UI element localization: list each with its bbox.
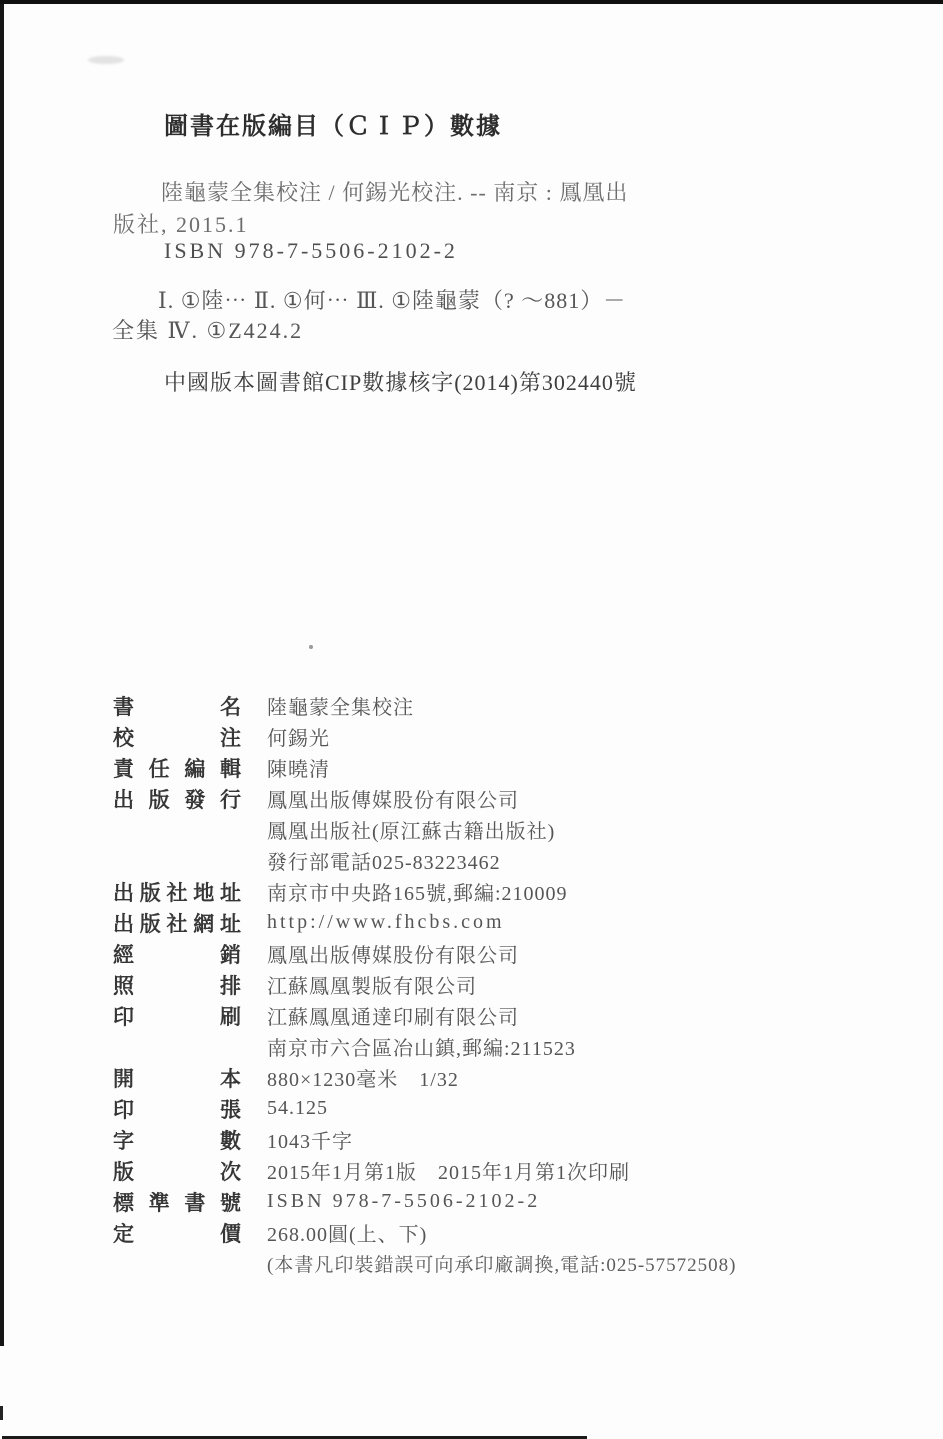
scan-edge-top <box>0 0 943 4</box>
colophon-row-typesetter: 照排 江蘇鳳凰製版有限公司 <box>0 969 943 1000</box>
colophon-value: 268.00圓(上、下) <box>267 1218 427 1247</box>
colophon-value: 南京市六合區冶山鎮,郵編:211523 <box>267 1032 576 1061</box>
colophon-row-editor: 責任編輯 陳曉清 <box>0 752 943 783</box>
cip-entry-line-1: 陸龜蒙全集校注 / 何錫光校注. -- 南京 : 鳳凰出 <box>161 176 628 207</box>
colophon-row-book-title: 書名 陸龜蒙全集校注 <box>0 690 943 721</box>
colophon-label: 書名 <box>113 691 241 721</box>
colophon-value: 1043千字 <box>267 1125 353 1154</box>
colophon-table: 書名 陸龜蒙全集校注 校注 何錫光 責任編輯 陳曉清 出版發行 鳳凰出版傳媒股份… <box>0 690 943 1279</box>
colophon-value: 880×1230毫米 1/32 <box>267 1063 459 1092</box>
colophon-row-isbn: 標準書號 ISBN 978-7-5506-2102-2 <box>0 1186 943 1217</box>
colophon-value: 54.125 <box>267 1097 328 1120</box>
colophon-label: 版次 <box>113 1156 241 1186</box>
colophon-label: 印張 <box>113 1094 241 1124</box>
colophon-value: 何錫光 <box>267 722 330 751</box>
scan-speck <box>309 645 313 649</box>
cip-classification-line-2: 全集 Ⅳ. ①Z424.2 <box>112 314 303 345</box>
colophon-value: http://www.fhcbs.com <box>267 911 505 934</box>
colophon-label: 出版社地址 <box>113 877 241 907</box>
colophon-label: 標準書號 <box>113 1187 241 1217</box>
colophon-row-publisher-address: 出版社地址 南京市中央路165號,郵編:210009 <box>0 876 943 907</box>
colophon-row-word-count: 字數 1043千字 <box>0 1124 943 1155</box>
colophon-value: 鳳凰出版社(原江蘇古籍出版社) <box>267 815 555 844</box>
colophon-label: 定價 <box>113 1218 241 1248</box>
colophon-row-publisher-cont: 鳳凰出版社(原江蘇古籍出版社) <box>0 814 943 845</box>
colophon-value: 發行部電話025-83223462 <box>267 846 501 875</box>
colophon-value: ISBN 978-7-5506-2102-2 <box>267 1190 540 1213</box>
colophon-row-printer-address: 南京市六合區冶山鎮,郵編:211523 <box>0 1031 943 1062</box>
colophon-row-distribution-phone: 發行部電話025-83223462 <box>0 845 943 876</box>
scan-smudge <box>88 56 124 64</box>
colophon-label: 照排 <box>113 970 241 1000</box>
colophon-row-annotator: 校注 何錫光 <box>0 721 943 752</box>
colophon-value: 鳳凰出版傳媒股份有限公司 <box>267 939 519 968</box>
colophon-row-edition: 版次 2015年1月第1版 2015年1月第1次印刷 <box>0 1155 943 1186</box>
colophon-row-misprint-note: (本書凡印裝錯誤可向承印廠調換,電話:025-57572508) <box>0 1248 943 1279</box>
colophon-row-printed-sheets: 印張 54.125 <box>0 1093 943 1124</box>
scan-edge-left-bottom <box>0 1406 3 1420</box>
colophon-value: 陳曉清 <box>267 753 330 782</box>
cip-classification-line-1: Ⅰ. ①陸⋯ Ⅱ. ①何⋯ Ⅲ. ①陸龜蒙（? ～881）－ <box>158 284 626 315</box>
colophon-label: 校注 <box>113 722 241 752</box>
cip-isbn-line: ISBN 978-7-5506-2102-2 <box>164 238 458 264</box>
colophon-value: (本書凡印裝錯誤可向承印廠調換,電話:025-57572508) <box>267 1250 737 1277</box>
colophon-label: 字數 <box>113 1125 241 1155</box>
cip-entry-line-2: 版社, 2015.1 <box>113 208 249 239</box>
colophon-value: 南京市中央路165號,郵編:210009 <box>267 877 568 906</box>
colophon-label: 出版社網址 <box>113 908 241 938</box>
colophon-row-distributor: 經銷 鳳凰出版傳媒股份有限公司 <box>0 938 943 969</box>
colophon-row-printer: 印刷 江蘇鳳凰通達印刷有限公司 <box>0 1000 943 1031</box>
colophon-label: 責任編輯 <box>113 753 241 783</box>
cip-record-number-line: 中國版本圖書館CIP數據核字(2014)第302440號 <box>164 366 637 397</box>
colophon-row-publisher-website: 出版社網址 http://www.fhcbs.com <box>0 907 943 938</box>
cip-heading: 圖書在版編目（ＣＩＰ）數據 <box>164 106 502 141</box>
colophon-label: 出版發行 <box>113 784 241 814</box>
colophon-value: 鳳凰出版傳媒股份有限公司 <box>267 784 519 813</box>
colophon-value: 江蘇鳳凰製版有限公司 <box>267 970 477 999</box>
colophon-row-format: 開本 880×1230毫米 1/32 <box>0 1062 943 1093</box>
colophon-row-publisher: 出版發行 鳳凰出版傳媒股份有限公司 <box>0 783 943 814</box>
colophon-label: 開本 <box>113 1063 241 1093</box>
colophon-label: 印刷 <box>113 1001 241 1031</box>
colophon-value: 2015年1月第1版 2015年1月第1次印刷 <box>267 1156 630 1185</box>
book-copyright-page: 圖書在版編目（ＣＩＰ）數據 陸龜蒙全集校注 / 何錫光校注. -- 南京 : 鳳… <box>0 0 943 1439</box>
colophon-row-price: 定價 268.00圓(上、下) <box>0 1217 943 1248</box>
colophon-value: 江蘇鳳凰通達印刷有限公司 <box>267 1001 519 1030</box>
colophon-value: 陸龜蒙全集校注 <box>267 691 414 720</box>
colophon-label: 經銷 <box>113 939 241 969</box>
